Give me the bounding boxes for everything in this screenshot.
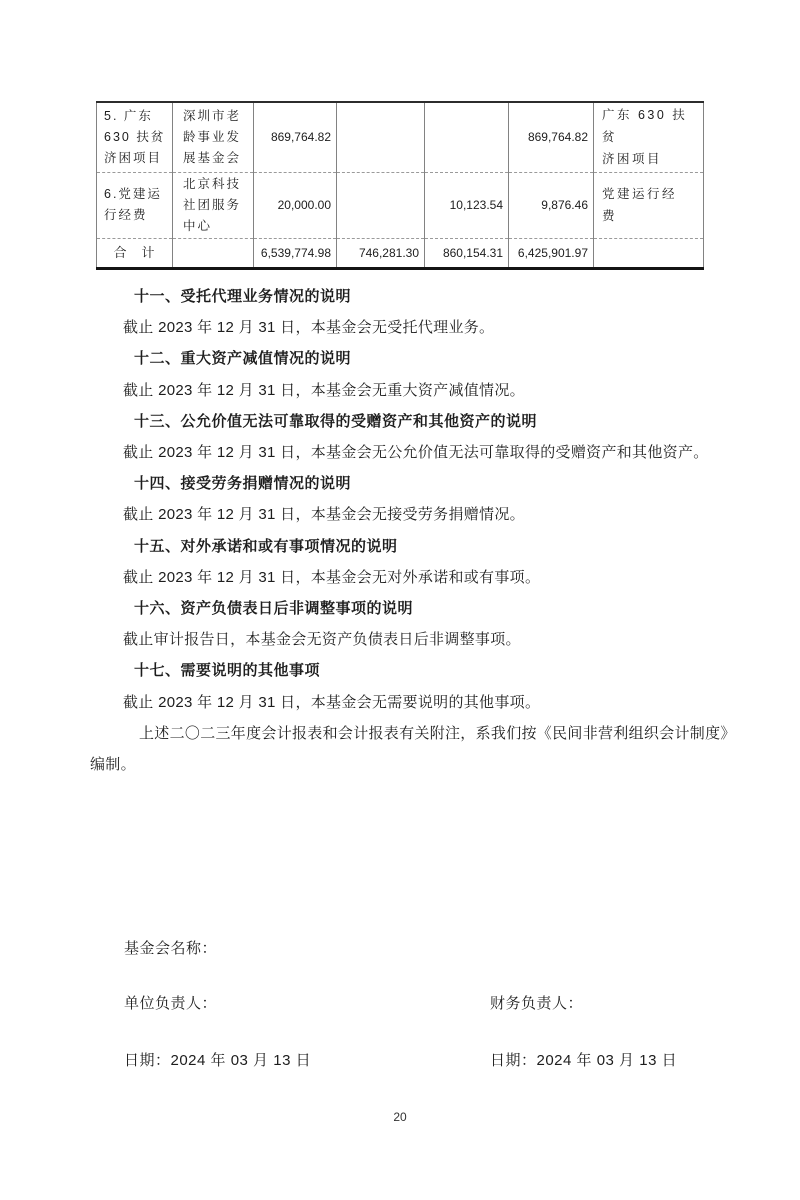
document-page: 5. 广东 630 扶贫 济困项目 深圳市老 龄事业发 展基金会 869,764… [0,0,800,1200]
table-cell [594,238,704,268]
table-total-row: 合 计 6,539,774.98 746,281.30 860,154.31 6… [97,238,704,268]
section-heading: 十三、公允价值无法可靠取得的受赠资产和其他资产的说明 [134,406,762,437]
section-body: 截止 2023 年 12 月 31 日，本基金会无需要说明的其他事项。 [123,687,762,718]
section-body: 截止 2023 年 12 月 31 日，本基金会无公允价值无法可靠取得的受赠资产… [123,437,762,468]
table-cell: 9,876.46 [509,172,594,238]
financial-table: 5. 广东 630 扶贫 济困项目 深圳市老 龄事业发 展基金会 869,764… [96,101,704,270]
section-heading: 十五、对外承诺和或有事项情况的说明 [134,531,762,562]
date-right: 日期：2024 年 03 月 13 日 [490,1049,677,1070]
table-cell: 合 计 [97,238,173,268]
section-heading: 十二、重大资产减值情况的说明 [134,343,762,374]
table-cell: 6,539,774.98 [254,238,337,268]
section-body: 截止 2023 年 12 月 31 日，本基金会无受托代理业务。 [123,312,762,343]
unit-head-label: 单位负责人： [124,992,217,1013]
table-cell: 10,123.54 [425,172,509,238]
table-cell: 北京科技 社团服务 中心 [173,172,254,238]
table-cell: 深圳市老 龄事业发 展基金会 [173,102,254,172]
table-cell: 20,000.00 [254,172,337,238]
page-number: 20 [0,1110,800,1124]
section-body: 截止审计报告日，本基金会无资产负债表日后非调整事项。 [123,624,762,655]
table-cell: 6,425,901.97 [509,238,594,268]
table-cell: 6.党建运 行经费 [97,172,173,238]
table-cell [425,102,509,172]
table-cell: 869,764.82 [254,102,337,172]
table-cell: 广东 630 扶贫 济困项目 [594,102,704,172]
table-cell: 860,154.31 [425,238,509,268]
table-cell: 党建运行经 费 [594,172,704,238]
closing-paragraph: 上述二〇二三年度会计报表和会计报表有关附注，系我们按《民间非营利组织会计制度》 … [90,718,762,780]
table-cell [173,238,254,268]
table-cell: 869,764.82 [509,102,594,172]
date-left: 日期：2024 年 03 月 13 日 [124,1049,311,1070]
section-heading: 十六、资产负债表日后非调整事项的说明 [134,593,762,624]
table-cell [337,172,425,238]
table-cell [337,102,425,172]
table-row: 6.党建运 行经费 北京科技 社团服务 中心 20,000.00 10,123.… [97,172,704,238]
section-body: 截止 2023 年 12 月 31 日，本基金会无接受劳务捐赠情况。 [123,499,762,530]
financial-table-wrap: 5. 广东 630 扶贫 济困项目 深圳市老 龄事业发 展基金会 869,764… [96,101,704,270]
section-heading: 十四、接受劳务捐赠情况的说明 [134,468,762,499]
section-heading: 十一、受托代理业务情况的说明 [134,281,762,312]
notes-sections: 十一、受托代理业务情况的说明 截止 2023 年 12 月 31 日，本基金会无… [90,281,762,780]
foundation-name-label: 基金会名称： [124,937,217,958]
finance-head-label: 财务负责人： [490,992,583,1013]
table-cell: 5. 广东 630 扶贫 济困项目 [97,102,173,172]
section-body: 截止 2023 年 12 月 31 日，本基金会无对外承诺和或有事项。 [123,562,762,593]
section-body: 截止 2023 年 12 月 31 日，本基金会无重大资产减值情况。 [123,375,762,406]
section-heading: 十七、需要说明的其他事项 [134,655,762,686]
table-cell: 746,281.30 [337,238,425,268]
table-row: 5. 广东 630 扶贫 济困项目 深圳市老 龄事业发 展基金会 869,764… [97,102,704,172]
